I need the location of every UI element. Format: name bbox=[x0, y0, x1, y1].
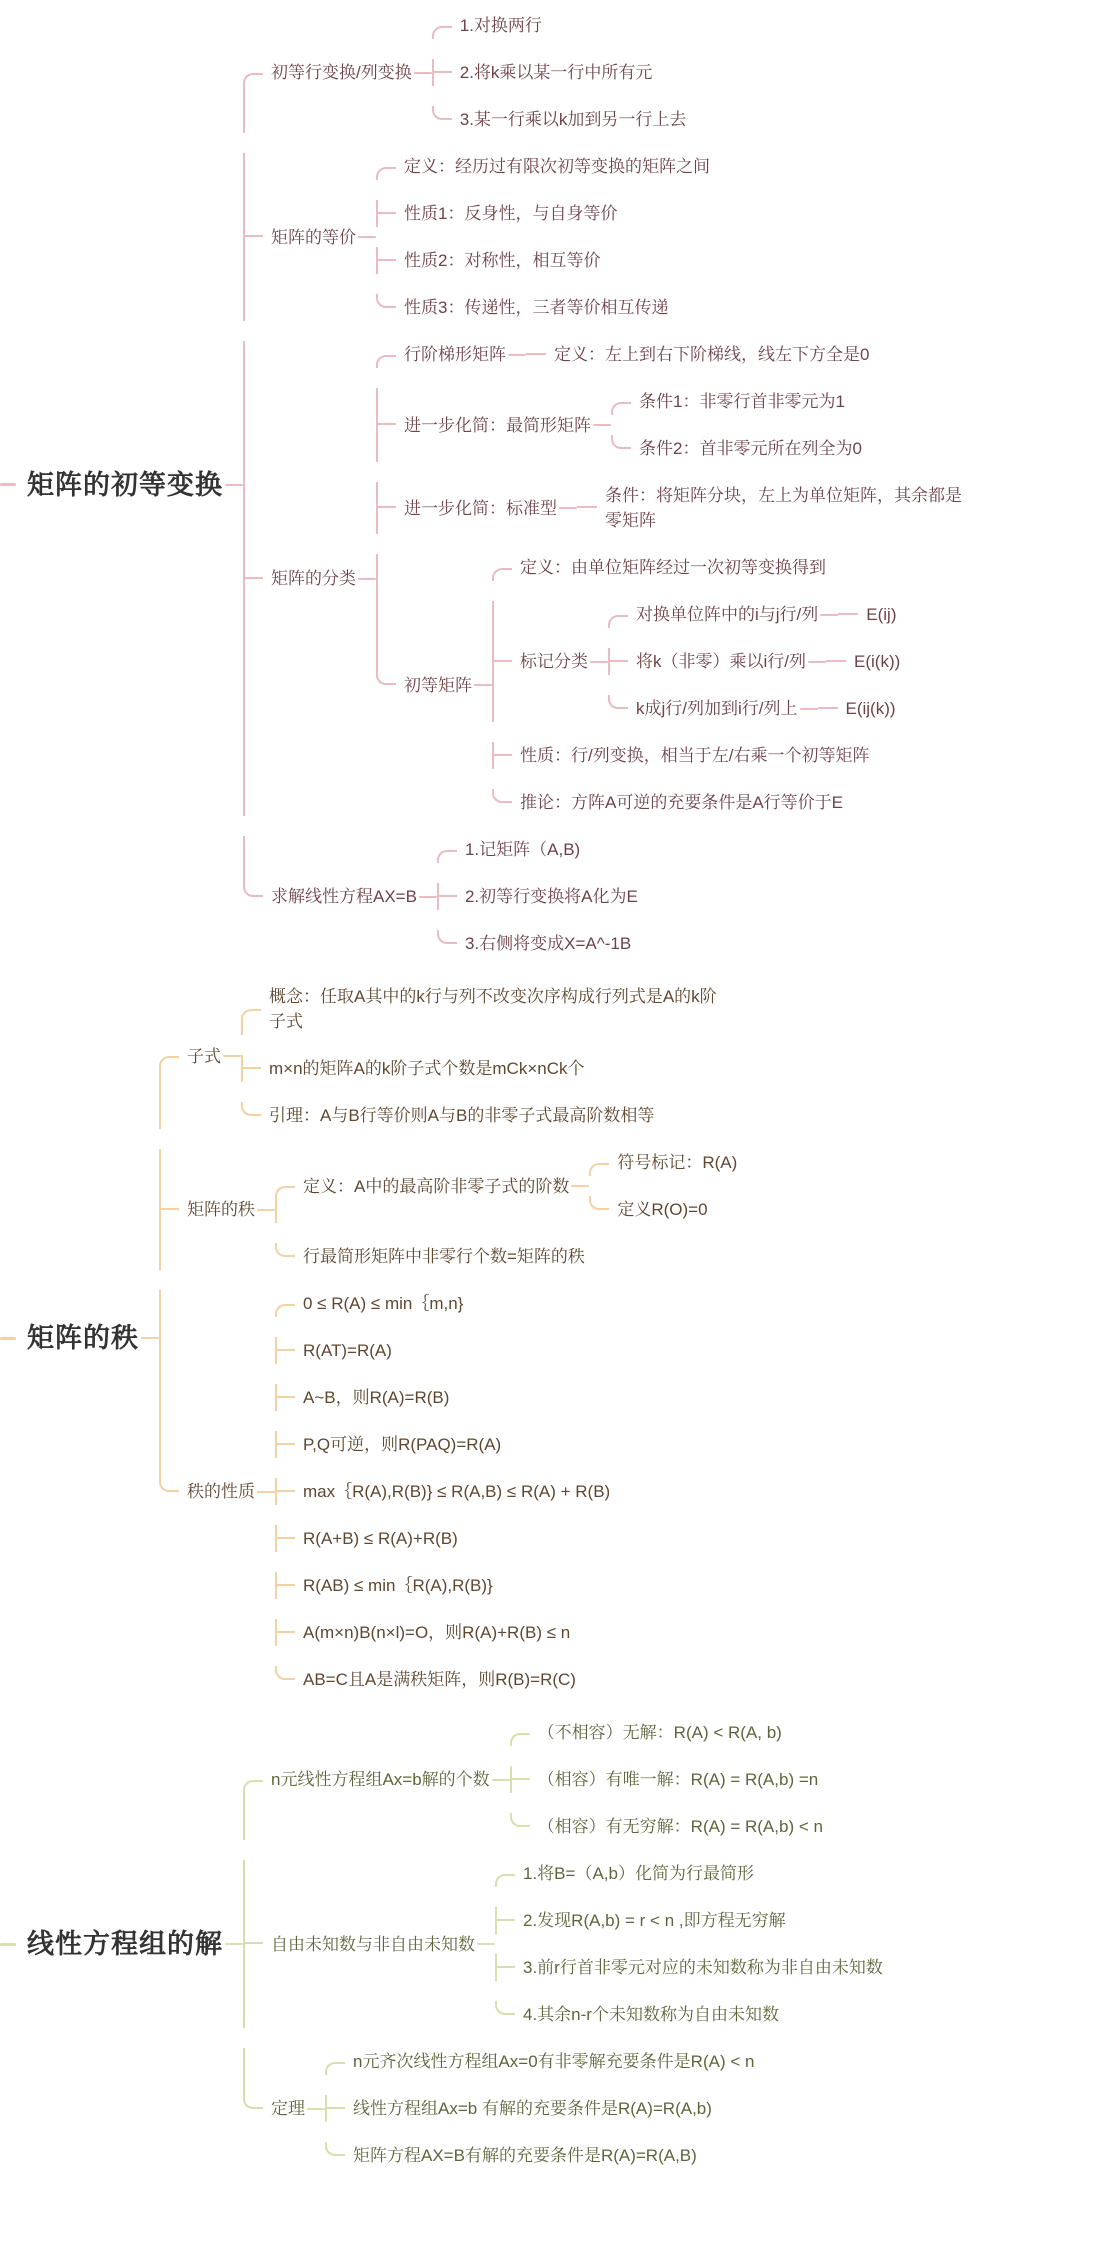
root-node-matrix-rank: 矩阵的秩子式概念：任取A其中的k行与列不改变次序构成行列式是A的k阶子式m×n的… bbox=[0, 983, 739, 1693]
mindmap-node: 3.某一行乘以k加到另一行上去 bbox=[458, 106, 689, 133]
mindmap-node: 性质1：反身性，与自身等价 bbox=[402, 200, 619, 227]
node-label[interactable]: 引理：A与B行等价则A与B的非零子式最高阶数相等 bbox=[267, 1102, 656, 1129]
mindmap-node: 1.记矩阵（A,B) bbox=[463, 836, 582, 863]
branch: 2.初等行变换将A化为E bbox=[437, 883, 640, 910]
branch: 进一步化简：最简形矩阵条件1：非零行首非零元为1条件2：首非零元所在列全为0 bbox=[376, 388, 967, 462]
mindmap-node: 3.右侧将变成X=A^-1B bbox=[463, 930, 633, 957]
branch: R(AB) ≤ min｛R(A),R(B)} bbox=[275, 1572, 612, 1599]
children-group: E(ij(k)) bbox=[818, 695, 898, 722]
mindmap-node: E(i(k)) bbox=[852, 648, 902, 675]
node-label[interactable]: max｛R(A),R(B)} ≤ R(A,B) ≤ R(A) + R(B) bbox=[301, 1478, 612, 1505]
mindmap-node: 条件1：非零行首非零元为1 bbox=[637, 388, 847, 415]
branch: 子式概念：任取A其中的k行与列不改变次序构成行列式是A的k阶子式m×n的矩阵A的… bbox=[159, 983, 739, 1129]
branch: （相容）有唯一解：R(A) = R(A,b) =n bbox=[510, 1766, 825, 1793]
children-group: 1.将B=（A,b）化简为行最简形2.发现R(A,b) = r < n ,即方程… bbox=[495, 1860, 885, 2028]
branch: R(AT)=R(A) bbox=[275, 1337, 612, 1364]
mindmap-node: 自由未知数与非自由未知数1.将B=（A,b）化简为行最简形2.发现R(A,b) … bbox=[269, 1860, 885, 2028]
mindmap-node: k成j行/列加到i行/列上E(ij(k)) bbox=[634, 695, 898, 722]
node-label[interactable]: 初等矩阵 bbox=[402, 672, 474, 699]
mindmap-node: 初等矩阵定义：由单位矩阵经过一次初等变换得到标记分类对换单位阵中的i与j行/列E… bbox=[402, 554, 902, 816]
branch: 2.将k乘以某一行中所有元 bbox=[432, 59, 689, 86]
branch: 性质：行/列变换，相当于左/右乘一个初等矩阵 bbox=[492, 742, 902, 769]
children-group: 符号标记：R(A)定义R(O)=0 bbox=[589, 1149, 739, 1223]
mindmap-node: （相容）有唯一解：R(A) = R(A,b) =n bbox=[536, 1766, 821, 1793]
branch: n元齐次线性方程组Ax=0有非零解充要条件是R(A) < n bbox=[325, 2048, 756, 2075]
children-group: 定义：由单位矩阵经过一次初等变换得到标记分类对换单位阵中的i与j行/列E(ij)… bbox=[492, 554, 902, 816]
mindmap-node: 定义：经历过有限次初等变换的矩阵之间 bbox=[402, 153, 712, 180]
branch: max｛R(A),R(B)} ≤ R(A,B) ≤ R(A) + R(B) bbox=[275, 1478, 612, 1505]
connector-line bbox=[257, 1209, 275, 1211]
branch: 线性方程组Ax=b 有解的充要条件是R(A)=R(A,b) bbox=[325, 2095, 756, 2122]
branch: 行最简形矩阵中非零行个数=矩阵的秩 bbox=[275, 1243, 739, 1270]
children-group: 条件：将矩阵分块，左上为单位矩阵，其余都是零矩阵 bbox=[577, 482, 967, 534]
connector-line bbox=[492, 1779, 510, 1781]
branch: 条件：将矩阵分块，左上为单位矩阵，其余都是零矩阵 bbox=[577, 482, 967, 534]
node-label[interactable]: P,Q可逆，则R(PAQ)=R(A) bbox=[301, 1431, 503, 1458]
node-label[interactable]: （相容）有无穷解：R(A) = R(A,b) < n bbox=[536, 1813, 825, 1840]
mindmap-node: 性质3：传递性，三者等价相互传递 bbox=[402, 294, 670, 321]
mindmap-node: 矩阵方程AX=B有解的充要条件是R(A)=R(A,B) bbox=[351, 2142, 699, 2169]
node-label[interactable]: E(i(k)) bbox=[852, 648, 902, 675]
mindmap-node: 初等行变换/列变换1.对换两行2.将k乘以某一行中所有元3.某一行乘以k加到另一… bbox=[269, 12, 688, 133]
branch: （相容）有无穷解：R(A) = R(A,b) < n bbox=[510, 1813, 825, 1840]
root-node-label[interactable]: 矩阵的初等变换 bbox=[25, 467, 225, 503]
mindmap-node: 线性方程组Ax=b 有解的充要条件是R(A)=R(A,b) bbox=[351, 2095, 714, 2122]
mindmap-node: 对换单位阵中的i与j行/列E(ij) bbox=[634, 601, 899, 628]
branch: 行阶梯形矩阵定义：左上到右下阶梯线，线左下方全是0 bbox=[376, 341, 967, 368]
branch: m×n的矩阵A的k阶子式个数是mCk×nCk个 bbox=[241, 1055, 726, 1082]
node-label[interactable]: 矩阵的等价 bbox=[269, 224, 358, 251]
branch: 定义：经历过有限次初等变换的矩阵之间 bbox=[376, 153, 712, 180]
branch: 定义：A中的最高阶非零子式的阶数符号标记：R(A)定义R(O)=0 bbox=[275, 1149, 739, 1223]
mindmap-canvas: 矩阵的初等变换初等行变换/列变换1.对换两行2.将k乘以某一行中所有元3.某一行… bbox=[0, 0, 1116, 2248]
mindmap-node: E(ij(k)) bbox=[844, 695, 898, 722]
branch: A(m×n)B(n×l)=O，则R(A)+R(B) ≤ n bbox=[275, 1619, 612, 1646]
node-label[interactable]: 定义：A中的最高阶非零子式的阶数 bbox=[301, 1173, 571, 1200]
branch: k成j行/列加到i行/列上E(ij(k)) bbox=[608, 695, 902, 722]
node-label[interactable]: m×n的矩阵A的k阶子式个数是mCk×nCk个 bbox=[267, 1055, 586, 1082]
node-label[interactable]: 2.发现R(A,b) = r < n ,即方程无穷解 bbox=[521, 1907, 788, 1934]
mindmap-node: m×n的矩阵A的k阶子式个数是mCk×nCk个 bbox=[267, 1055, 586, 1082]
branch: 求解线性方程AX=B1.记矩阵（A,B)2.初等行变换将A化为E3.右侧将变成X… bbox=[243, 836, 967, 957]
mindmap-node: 定义：左上到右下阶梯线，线左下方全是0 bbox=[552, 341, 871, 368]
branch: 矩阵的秩定义：A中的最高阶非零子式的阶数符号标记：R(A)定义R(O)=0行最简… bbox=[159, 1149, 739, 1270]
branch: 将k（非零）乘以i行/列E(i(k)) bbox=[608, 648, 902, 675]
children-group: 行阶梯形矩阵定义：左上到右下阶梯线，线左下方全是0进一步化简：最简形矩阵条件1：… bbox=[376, 341, 967, 816]
mindmap-node: 标记分类对换单位阵中的i与j行/列E(ij)将k（非零）乘以i行/列E(i(k)… bbox=[518, 601, 902, 722]
branch: E(i(k)) bbox=[826, 648, 902, 675]
edge-connector-line bbox=[0, 1337, 16, 1340]
node-label[interactable]: 性质2：对称性，相互等价 bbox=[402, 247, 602, 274]
branch: 初等行变换/列变换1.对换两行2.将k乘以某一行中所有元3.某一行乘以k加到另一… bbox=[243, 12, 967, 133]
mindmap-node: 推论：方阵A可逆的充要条件是A行等价于E bbox=[518, 789, 845, 816]
connector-line bbox=[820, 614, 838, 616]
mindmap-node: 1.对换两行 bbox=[458, 12, 544, 39]
node-label[interactable]: 定义：左上到右下阶梯线，线左下方全是0 bbox=[552, 341, 871, 368]
branch: 3.右侧将变成X=A^-1B bbox=[437, 930, 640, 957]
children-group: 条件1：非零行首非零元为1条件2：首非零元所在列全为0 bbox=[611, 388, 864, 462]
node-label[interactable]: 性质1：反身性，与自身等价 bbox=[402, 200, 619, 227]
mindmap-node: （不相容）无解：R(A) < R(A, b) bbox=[536, 1719, 784, 1746]
connector-line bbox=[223, 1055, 241, 1057]
node-label[interactable]: 行最简形矩阵中非零行个数=矩阵的秩 bbox=[301, 1243, 587, 1270]
children-group: 概念：任取A其中的k行与列不改变次序构成行列式是A的k阶子式m×n的矩阵A的k阶… bbox=[241, 983, 726, 1129]
mindmap-node: 引理：A与B行等价则A与B的非零子式最高阶数相等 bbox=[267, 1102, 656, 1129]
mindmap-node: （相容）有无穷解：R(A) = R(A,b) < n bbox=[536, 1813, 825, 1840]
edge-connector-line bbox=[0, 1943, 16, 1946]
edge-connector-line bbox=[0, 483, 16, 486]
mindmap-node: A(m×n)B(n×l)=O，则R(A)+R(B) ≤ n bbox=[301, 1619, 572, 1646]
connector-line bbox=[225, 484, 243, 486]
branch: 矩阵的分类行阶梯形矩阵定义：左上到右下阶梯线，线左下方全是0进一步化简：最简形矩… bbox=[243, 341, 967, 816]
connector-line bbox=[225, 1943, 243, 1945]
branch: 秩的性质0 ≤ R(A) ≤ min｛m,n}R(AT)=R(A)A~B，则R(… bbox=[159, 1290, 739, 1693]
mindmap-node: 0 ≤ R(A) ≤ min｛m,n} bbox=[301, 1290, 465, 1317]
connector-line bbox=[141, 1337, 159, 1339]
mindmap-node: 条件：将矩阵分块，左上为单位矩阵，其余都是零矩阵 bbox=[603, 482, 967, 534]
node-label[interactable]: E(ij) bbox=[864, 601, 898, 628]
branch: 初等矩阵定义：由单位矩阵经过一次初等变换得到标记分类对换单位阵中的i与j行/列E… bbox=[376, 554, 967, 816]
mindmap-node: R(A+B) ≤ R(A)+R(B) bbox=[301, 1525, 460, 1552]
node-label[interactable]: 自由未知数与非自由未知数 bbox=[269, 1931, 477, 1958]
connector-line bbox=[257, 1491, 275, 1493]
mindmap-node: 求解线性方程AX=B1.记矩阵（A,B)2.初等行变换将A化为E3.右侧将变成X… bbox=[269, 836, 640, 957]
node-label[interactable]: 矩阵的分类 bbox=[269, 565, 358, 592]
children-group: 子式概念：任取A其中的k行与列不改变次序构成行列式是A的k阶子式m×n的矩阵A的… bbox=[159, 983, 739, 1693]
branch: 1.将B=（A,b）化简为行最简形 bbox=[495, 1860, 885, 1887]
node-label[interactable]: 3.前r行首非零元对应的未知数称为非自由未知数 bbox=[521, 1954, 885, 1981]
mindmap-node: 4.其余n-r个未知数称为自由未知数 bbox=[521, 2001, 781, 2028]
mindmap-node: 行最简形矩阵中非零行个数=矩阵的秩 bbox=[301, 1243, 587, 1270]
children-group: E(i(k)) bbox=[826, 648, 902, 675]
node-label[interactable]: 将k（非零）乘以i行/列 bbox=[634, 648, 808, 675]
children-group: 定义：左上到右下阶梯线，线左下方全是0 bbox=[526, 341, 871, 368]
connector-line bbox=[307, 2108, 325, 2110]
node-label[interactable]: 秩的性质 bbox=[185, 1478, 257, 1505]
connector-line bbox=[414, 72, 432, 74]
node-label[interactable]: n元齐次线性方程组Ax=0有非零解充要条件是R(A) < n bbox=[351, 2048, 756, 2075]
node-label[interactable]: 初等行变换/列变换 bbox=[269, 59, 414, 86]
branch: 条件2：首非零元所在列全为0 bbox=[611, 435, 864, 462]
node-label[interactable]: 3.某一行乘以k加到另一行上去 bbox=[458, 106, 689, 133]
branch: 定义R(O)=0 bbox=[589, 1196, 739, 1223]
children-group: （不相容）无解：R(A) < R(A, b)（相容）有唯一解：R(A) = R(… bbox=[510, 1719, 825, 1840]
branch: 定理n元齐次线性方程组Ax=0有非零解充要条件是R(A) < n线性方程组Ax=… bbox=[243, 2048, 885, 2169]
children-group: n元线性方程组Ax=b解的个数（不相容）无解：R(A) < R(A, b)（相容… bbox=[243, 1719, 885, 2169]
mindmap-node: AB=C且A是满秩矩阵，则R(B)=R(C) bbox=[301, 1666, 578, 1693]
branch: 对换单位阵中的i与j行/列E(ij) bbox=[608, 601, 902, 628]
mindmap-node: 矩阵的秩定义：A中的最高阶非零子式的阶数符号标记：R(A)定义R(O)=0行最简… bbox=[185, 1149, 739, 1270]
node-label[interactable]: n元线性方程组Ax=b解的个数 bbox=[269, 1766, 492, 1793]
node-label[interactable]: 1.将B=（A,b）化简为行最简形 bbox=[521, 1860, 756, 1887]
children-group: E(ij) bbox=[838, 601, 898, 628]
node-label[interactable]: 定义：经历过有限次初等变换的矩阵之间 bbox=[402, 153, 712, 180]
node-label[interactable]: （不相容）无解：R(A) < R(A, b) bbox=[536, 1719, 784, 1746]
node-label[interactable]: AB=C且A是满秩矩阵，则R(B)=R(C) bbox=[301, 1666, 578, 1693]
branch: 4.其余n-r个未知数称为自由未知数 bbox=[495, 2001, 885, 2028]
branch: 定义：左上到右下阶梯线，线左下方全是0 bbox=[526, 341, 871, 368]
node-label[interactable]: 子式 bbox=[185, 1043, 223, 1070]
node-label[interactable]: 定义R(O)=0 bbox=[615, 1196, 709, 1223]
mindmap-node: 性质：行/列变换，相当于左/右乘一个初等矩阵 bbox=[518, 742, 871, 769]
node-label[interactable]: 条件2：首非零元所在列全为0 bbox=[637, 435, 864, 462]
node-label[interactable]: 矩阵方程AX=B有解的充要条件是R(A)=R(A,B) bbox=[351, 2142, 699, 2169]
node-label[interactable]: 2.将k乘以某一行中所有元 bbox=[458, 59, 655, 86]
connector-line bbox=[590, 661, 608, 663]
branch: 引理：A与B行等价则A与B的非零子式最高阶数相等 bbox=[241, 1102, 726, 1129]
node-label[interactable]: 标记分类 bbox=[518, 648, 590, 675]
node-label[interactable]: A~B，则R(A)=R(B) bbox=[301, 1384, 451, 1411]
node-label[interactable]: 概念：任取A其中的k行与列不改变次序构成行列式是A的k阶子式 bbox=[267, 983, 726, 1035]
mindmap-node: R(AB) ≤ min｛R(A),R(B)} bbox=[301, 1572, 495, 1599]
children-group: 对换单位阵中的i与j行/列E(ij)将k（非零）乘以i行/列E(i(k))k成j… bbox=[608, 601, 902, 722]
node-label[interactable]: 条件1：非零行首非零元为1 bbox=[637, 388, 847, 415]
connector-line bbox=[358, 236, 376, 238]
branch: 1.记矩阵（A,B) bbox=[437, 836, 640, 863]
root-node-label[interactable]: 线性方程组的解 bbox=[25, 1926, 225, 1962]
mindmap-node: 子式概念：任取A其中的k行与列不改变次序构成行列式是A的k阶子式m×n的矩阵A的… bbox=[185, 983, 726, 1129]
node-label[interactable]: 矩阵的秩 bbox=[185, 1196, 257, 1223]
mindmap-node: 3.前r行首非零元对应的未知数称为非自由未知数 bbox=[521, 1954, 885, 1981]
mindmap-node: 概念：任取A其中的k行与列不改变次序构成行列式是A的k阶子式 bbox=[267, 983, 726, 1035]
branch: n元线性方程组Ax=b解的个数（不相容）无解：R(A) < R(A, b)（相容… bbox=[243, 1719, 885, 1840]
node-label[interactable]: 4.其余n-r个未知数称为自由未知数 bbox=[521, 2001, 781, 2028]
branch: 3.某一行乘以k加到另一行上去 bbox=[432, 106, 689, 133]
branch: 3.前r行首非零元对应的未知数称为非自由未知数 bbox=[495, 1954, 885, 1981]
mindmap-node: 定义：A中的最高阶非零子式的阶数符号标记：R(A)定义R(O)=0 bbox=[301, 1149, 739, 1223]
node-label[interactable]: 2.初等行变换将A化为E bbox=[463, 883, 640, 910]
connector-line bbox=[808, 661, 826, 663]
root-node-linear-system-solutions: 线性方程组的解n元线性方程组Ax=b解的个数（不相容）无解：R(A) < R(A… bbox=[0, 1719, 885, 2169]
branch: 标记分类对换单位阵中的i与j行/列E(ij)将k（非零）乘以i行/列E(i(k)… bbox=[492, 601, 902, 722]
node-label[interactable]: 符号标记：R(A) bbox=[615, 1149, 739, 1176]
node-label[interactable]: R(A+B) ≤ R(A)+R(B) bbox=[301, 1525, 460, 1552]
mindmap-node: 进一步化简：标准型条件：将矩阵分块，左上为单位矩阵，其余都是零矩阵 bbox=[402, 482, 967, 534]
node-label[interactable]: （相容）有唯一解：R(A) = R(A,b) =n bbox=[536, 1766, 821, 1793]
mindmap-node: 2.发现R(A,b) = r < n ,即方程无穷解 bbox=[521, 1907, 788, 1934]
branch: （不相容）无解：R(A) < R(A, b) bbox=[510, 1719, 825, 1746]
branch: AB=C且A是满秩矩阵，则R(B)=R(C) bbox=[275, 1666, 612, 1693]
node-label[interactable]: 定理 bbox=[269, 2095, 307, 2122]
mindmap-node: 进一步化简：最简形矩阵条件1：非零行首非零元为1条件2：首非零元所在列全为0 bbox=[402, 388, 864, 462]
node-label[interactable]: 1.记矩阵（A,B) bbox=[463, 836, 582, 863]
mindmap-node: 性质2：对称性，相互等价 bbox=[402, 247, 602, 274]
mindmap-node: P,Q可逆，则R(PAQ)=R(A) bbox=[301, 1431, 503, 1458]
branch: 0 ≤ R(A) ≤ min｛m,n} bbox=[275, 1290, 612, 1317]
connector-line bbox=[477, 1943, 495, 1945]
mindmap-node: 定义R(O)=0 bbox=[615, 1196, 709, 1223]
mindmap-node: n元线性方程组Ax=b解的个数（不相容）无解：R(A) < R(A, b)（相容… bbox=[269, 1719, 825, 1840]
mindmap-node: 行阶梯形矩阵定义：左上到右下阶梯线，线左下方全是0 bbox=[402, 341, 871, 368]
branch: 2.发现R(A,b) = r < n ,即方程无穷解 bbox=[495, 1907, 885, 1934]
connector-line bbox=[508, 354, 526, 356]
node-label[interactable]: E(ij(k)) bbox=[844, 695, 898, 722]
mindmap-node: R(AT)=R(A) bbox=[301, 1337, 394, 1364]
mindmap-node: 2.将k乘以某一行中所有元 bbox=[458, 59, 655, 86]
node-label[interactable]: 推论：方阵A可逆的充要条件是A行等价于E bbox=[518, 789, 845, 816]
branch: 定义：由单位矩阵经过一次初等变换得到 bbox=[492, 554, 902, 581]
branch: 自由未知数与非自由未知数1.将B=（A,b）化简为行最简形2.发现R(A,b) … bbox=[243, 1860, 885, 2028]
node-label[interactable]: 1.对换两行 bbox=[458, 12, 544, 39]
mindmap-node: 定义：由单位矩阵经过一次初等变换得到 bbox=[518, 554, 828, 581]
branch: 进一步化简：标准型条件：将矩阵分块，左上为单位矩阵，其余都是零矩阵 bbox=[376, 482, 967, 534]
mindmap-node: 条件2：首非零元所在列全为0 bbox=[637, 435, 864, 462]
branch: 性质1：反身性，与自身等价 bbox=[376, 200, 712, 227]
children-group: 初等行变换/列变换1.对换两行2.将k乘以某一行中所有元3.某一行乘以k加到另一… bbox=[243, 12, 967, 957]
branch: E(ij(k)) bbox=[818, 695, 898, 722]
connector-line bbox=[474, 684, 492, 686]
mindmap-node: 秩的性质0 ≤ R(A) ≤ min｛m,n}R(AT)=R(A)A~B，则R(… bbox=[185, 1290, 612, 1693]
section-linear-system-solutions: 线性方程组的解n元线性方程组Ax=b解的个数（不相容）无解：R(A) < R(A… bbox=[0, 1719, 1116, 2169]
root-node-matrix-elementary-transformation: 矩阵的初等变换初等行变换/列变换1.对换两行2.将k乘以某一行中所有元3.某一行… bbox=[0, 12, 967, 957]
node-label[interactable]: 性质3：传递性，三者等价相互传递 bbox=[402, 294, 670, 321]
mindmap-node: E(ij) bbox=[864, 601, 898, 628]
mindmap-node: 1.将B=（A,b）化简为行最简形 bbox=[521, 1860, 756, 1887]
node-label[interactable]: R(AB) ≤ min｛R(A),R(B)} bbox=[301, 1572, 495, 1599]
branch: 1.对换两行 bbox=[432, 12, 689, 39]
branch: 条件1：非零行首非零元为1 bbox=[611, 388, 864, 415]
branch: 性质2：对称性，相互等价 bbox=[376, 247, 712, 274]
mindmap-node: 定理n元齐次线性方程组Ax=0有非零解充要条件是R(A) < n线性方程组Ax=… bbox=[269, 2048, 756, 2169]
children-group: n元齐次线性方程组Ax=0有非零解充要条件是R(A) < n线性方程组Ax=b … bbox=[325, 2048, 756, 2169]
branch: 矩阵方程AX=B有解的充要条件是R(A)=R(A,B) bbox=[325, 2142, 756, 2169]
children-group: 定义：经历过有限次初等变换的矩阵之间性质1：反身性，与自身等价性质2：对称性，相… bbox=[376, 153, 712, 321]
mindmap-node: A~B，则R(A)=R(B) bbox=[301, 1384, 451, 1411]
connector-line bbox=[559, 507, 577, 509]
node-label[interactable]: 性质：行/列变换，相当于左/右乘一个初等矩阵 bbox=[518, 742, 871, 769]
branch: A~B，则R(A)=R(B) bbox=[275, 1384, 612, 1411]
branch: 符号标记：R(A) bbox=[589, 1149, 739, 1176]
children-group: 1.对换两行2.将k乘以某一行中所有元3.某一行乘以k加到另一行上去 bbox=[432, 12, 689, 133]
branch: 性质3：传递性，三者等价相互传递 bbox=[376, 294, 712, 321]
node-label[interactable]: 进一步化简：最简形矩阵 bbox=[402, 412, 593, 439]
connector-line bbox=[571, 1185, 589, 1187]
branch: 推论：方阵A可逆的充要条件是A行等价于E bbox=[492, 789, 902, 816]
children-group: 0 ≤ R(A) ≤ min｛m,n}R(AT)=R(A)A~B，则R(A)=R… bbox=[275, 1290, 612, 1693]
node-label[interactable]: 0 ≤ R(A) ≤ min｛m,n} bbox=[301, 1290, 465, 1317]
node-label[interactable]: 行阶梯形矩阵 bbox=[402, 341, 508, 368]
branch: P,Q可逆，则R(PAQ)=R(A) bbox=[275, 1431, 612, 1458]
node-label[interactable]: A(m×n)B(n×l)=O，则R(A)+R(B) ≤ n bbox=[301, 1619, 572, 1646]
node-label[interactable]: 求解线性方程AX=B bbox=[269, 883, 419, 910]
mindmap-node: 矩阵的分类行阶梯形矩阵定义：左上到右下阶梯线，线左下方全是0进一步化简：最简形矩… bbox=[269, 341, 967, 816]
mindmap-node: 2.初等行变换将A化为E bbox=[463, 883, 640, 910]
branch: 矩阵的等价定义：经历过有限次初等变换的矩阵之间性质1：反身性，与自身等价性质2：… bbox=[243, 153, 967, 321]
connector-line bbox=[419, 896, 437, 898]
mindmap-node: max｛R(A),R(B)} ≤ R(A,B) ≤ R(A) + R(B) bbox=[301, 1478, 612, 1505]
node-label[interactable]: 3.右侧将变成X=A^-1B bbox=[463, 930, 633, 957]
mindmap-node: n元齐次线性方程组Ax=0有非零解充要条件是R(A) < n bbox=[351, 2048, 756, 2075]
mindmap-node: 将k（非零）乘以i行/列E(i(k)) bbox=[634, 648, 902, 675]
branch: R(A+B) ≤ R(A)+R(B) bbox=[275, 1525, 612, 1552]
connector-line bbox=[358, 578, 376, 580]
node-label[interactable]: 定义：由单位矩阵经过一次初等变换得到 bbox=[518, 554, 828, 581]
node-label[interactable]: k成j行/列加到i行/列上 bbox=[634, 695, 800, 722]
children-group: 1.记矩阵（A,B)2.初等行变换将A化为E3.右侧将变成X=A^-1B bbox=[437, 836, 640, 957]
root-node-label[interactable]: 矩阵的秩 bbox=[25, 1320, 141, 1356]
section-matrix-rank: 矩阵的秩子式概念：任取A其中的k行与列不改变次序构成行列式是A的k阶子式m×n的… bbox=[0, 983, 1116, 1693]
node-label[interactable]: R(AT)=R(A) bbox=[301, 1337, 394, 1364]
node-label[interactable]: 线性方程组Ax=b 有解的充要条件是R(A)=R(A,b) bbox=[351, 2095, 714, 2122]
node-label[interactable]: 进一步化简：标准型 bbox=[402, 495, 559, 522]
node-label[interactable]: 对换单位阵中的i与j行/列 bbox=[634, 601, 820, 628]
mindmap-node: 符号标记：R(A) bbox=[615, 1149, 739, 1176]
children-group: 定义：A中的最高阶非零子式的阶数符号标记：R(A)定义R(O)=0行最简形矩阵中… bbox=[275, 1149, 739, 1270]
connector-line bbox=[593, 424, 611, 426]
branch: E(ij) bbox=[838, 601, 898, 628]
node-label[interactable]: 条件：将矩阵分块，左上为单位矩阵，其余都是零矩阵 bbox=[603, 482, 967, 534]
branch: 概念：任取A其中的k行与列不改变次序构成行列式是A的k阶子式 bbox=[241, 983, 726, 1035]
connector-line bbox=[800, 708, 818, 710]
mindmap-node: 矩阵的等价定义：经历过有限次初等变换的矩阵之间性质1：反身性，与自身等价性质2：… bbox=[269, 153, 712, 321]
section-matrix-elementary-transformation: 矩阵的初等变换初等行变换/列变换1.对换两行2.将k乘以某一行中所有元3.某一行… bbox=[0, 12, 1116, 957]
